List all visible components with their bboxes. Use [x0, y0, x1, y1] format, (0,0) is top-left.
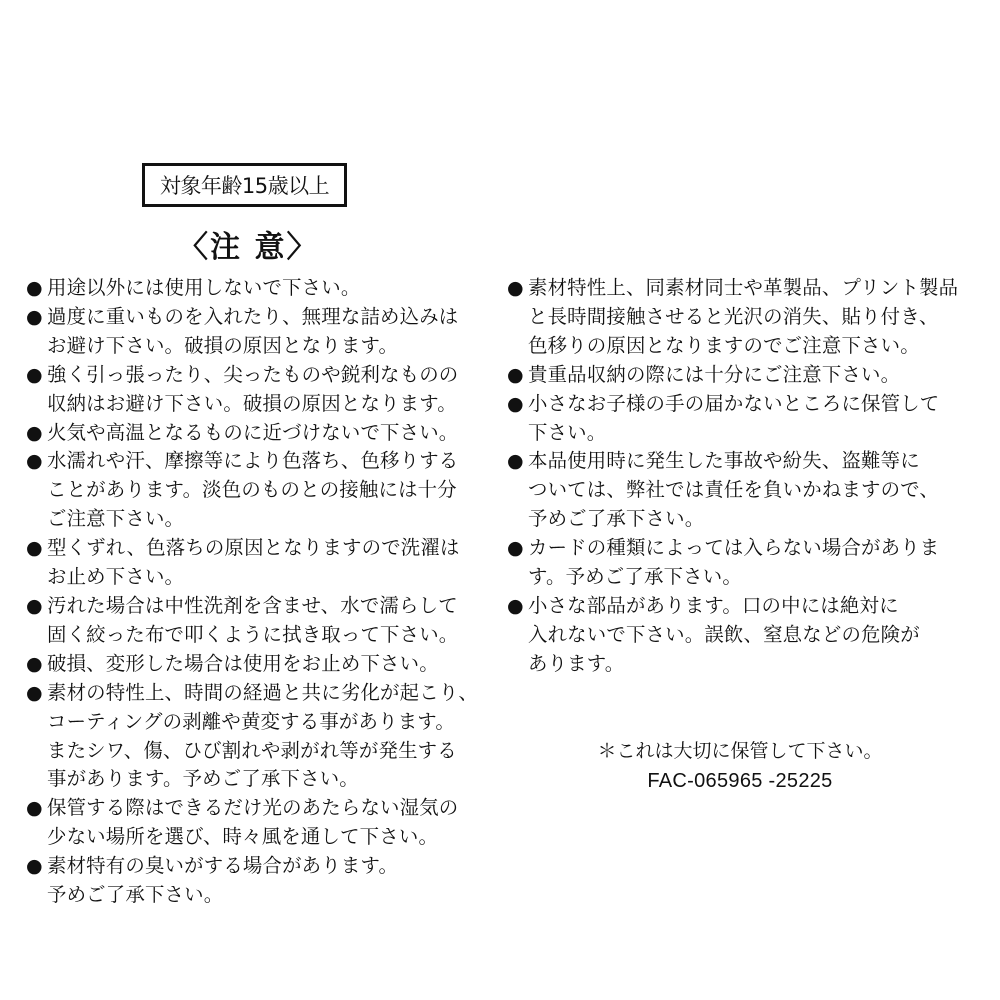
- product-code: FAC-065965 -25225: [590, 766, 890, 796]
- caution-item: ●汚れた場合は中性洗剤を含ませ、水で濡らして固く絞った布で叩くように拭き取って下…: [26, 592, 500, 650]
- caution-item: ●破損、変形した場合は使用をお止め下さい。: [26, 650, 500, 679]
- caution-item: ●水濡れや汗、摩擦等により色落ち、色移りすることがあります。淡色のものとの接触に…: [26, 447, 500, 534]
- bullet-dot-icon: ●: [26, 852, 43, 881]
- bullet-dot-icon: ●: [507, 592, 524, 621]
- bullet-dot-icon: ●: [26, 534, 43, 563]
- bullet-dot-icon: ●: [507, 361, 524, 390]
- caution-item-line: 予めご了承下さい。: [528, 505, 987, 534]
- bullet-dot-icon: ●: [26, 361, 43, 390]
- caution-item-line: 下さい。: [528, 419, 987, 448]
- age-notice-box: 対象年齢15歳以上: [142, 163, 347, 207]
- caution-item-line: またシワ、傷、ひび割れや剥がれ等が発生する: [47, 737, 500, 766]
- caution-item-line: お止め下さい。: [47, 563, 500, 592]
- bullet-dot-icon: ●: [26, 592, 43, 621]
- caution-item-line: 過度に重いものを入れたり、無理な詰め込みは: [47, 303, 500, 332]
- caution-item: ●素材特有の臭いがする場合があります。予めご了承下さい。: [26, 852, 500, 910]
- caution-list-left: ●用途以外には使用しないで下さい。●過度に重いものを入れたり、無理な詰め込みはお…: [26, 274, 500, 910]
- caution-item-line: 貴重品収納の際には十分にご注意下さい。: [528, 361, 987, 390]
- caution-item: ●貴重品収納の際には十分にご注意下さい。: [507, 361, 987, 390]
- caution-item-line: 小さなお子様の手の届かないところに保管して: [528, 390, 987, 419]
- bullet-dot-icon: ●: [26, 274, 43, 303]
- bullet-dot-icon: ●: [26, 650, 43, 679]
- caution-item: ●火気や高温となるものに近づけないで下さい。: [26, 419, 500, 448]
- caution-list-right: ●素材特性上、同素材同士や革製品、プリント製品と長時間接触させると光沢の消失、貼…: [507, 274, 987, 679]
- caution-item: ●型くずれ、色落ちの原因となりますので洗濯はお止め下さい。: [26, 534, 500, 592]
- caution-item-line: 収納はお避け下さい。破損の原因となります。: [47, 390, 500, 419]
- caution-item: ●本品使用時に発生した事故や紛失、盗難等については、弊社では責任を負いかねますの…: [507, 447, 987, 534]
- caution-item: ●用途以外には使用しないで下さい。: [26, 274, 500, 303]
- caution-item-line: 破損、変形した場合は使用をお止め下さい。: [47, 650, 500, 679]
- caution-item-line: カードの種類によっては入らない場合がありま: [528, 534, 987, 563]
- caution-item-line: 予めご了承下さい。: [47, 881, 500, 910]
- caution-item: ●過度に重いものを入れたり、無理な詰め込みはお避け下さい。破損の原因となります。: [26, 303, 500, 361]
- caution-item-line: 素材の特性上、時間の経過と共に劣化が起こり、: [47, 679, 500, 708]
- caution-item: ●小さなお子様の手の届かないところに保管して下さい。: [507, 390, 987, 448]
- caution-item-line: す。予めご了承下さい。: [528, 563, 987, 592]
- caution-item-line: 火気や高温となるものに近づけないで下さい。: [47, 419, 500, 448]
- caution-item: ●カードの種類によっては入らない場合があります。予めご了承下さい。: [507, 534, 987, 592]
- caution-item-line: 素材特性上、同素材同士や革製品、プリント製品: [528, 274, 987, 303]
- caution-item-line: あります。: [528, 650, 987, 679]
- bullet-dot-icon: ●: [507, 447, 524, 476]
- bullet-dot-icon: ●: [26, 447, 43, 476]
- caution-item-line: 水濡れや汗、摩擦等により色落ち、色移りする: [47, 447, 500, 476]
- caution-item-line: 事があります。予めご了承下さい。: [47, 765, 500, 794]
- bullet-dot-icon: ●: [26, 303, 43, 332]
- caution-item: ●素材の特性上、時間の経過と共に劣化が起こり、コーティングの剥離や黄変する事があ…: [26, 679, 500, 795]
- bullet-dot-icon: ●: [507, 274, 524, 303]
- caution-item-line: ことがあります。淡色のものとの接触には十分: [47, 476, 500, 505]
- caution-item: ●強く引っ張ったり、尖ったものや鋭利なものの収納はお避け下さい。破損の原因となり…: [26, 361, 500, 419]
- bullet-dot-icon: ●: [507, 534, 524, 563]
- keep-notice: ＊これは大切に保管して下さい。: [590, 736, 890, 766]
- bullet-dot-icon: ●: [26, 419, 43, 448]
- caution-item-line: 型くずれ、色落ちの原因となりますので洗濯は: [47, 534, 500, 563]
- age-notice-text: 対象年齢15歳以上: [160, 170, 329, 200]
- caution-item-line: 固く絞った布で叩くように拭き取って下さい。: [47, 621, 500, 650]
- caution-item-line: コーティングの剥離や黄変する事があります。: [47, 708, 500, 737]
- caution-item-line: 用途以外には使用しないで下さい。: [47, 274, 500, 303]
- caution-item-line: 強く引っ張ったり、尖ったものや鋭利なものの: [47, 361, 500, 390]
- footer-notes: ＊これは大切に保管して下さい。 FAC-065965 -25225: [590, 736, 890, 796]
- caution-item-line: お避け下さい。破損の原因となります。: [47, 332, 500, 361]
- caution-item-line: 色移りの原因となりますのでご注意下さい。: [528, 332, 987, 361]
- caution-heading: 〈注 意〉: [178, 222, 318, 266]
- caution-item-line: 保管する際はできるだけ光のあたらない湿気の: [47, 794, 500, 823]
- caution-item-line: 入れないで下さい。誤飲、窒息などの危険が: [528, 621, 987, 650]
- bullet-dot-icon: ●: [26, 679, 43, 708]
- caution-item-line: 汚れた場合は中性洗剤を含ませ、水で濡らして: [47, 592, 500, 621]
- caution-item-line: 本品使用時に発生した事故や紛失、盗難等に: [528, 447, 987, 476]
- caution-item-line: と長時間接触させると光沢の消失、貼り付き、: [528, 303, 987, 332]
- caution-item: ●保管する際はできるだけ光のあたらない湿気の少ない場所を選び、時々風を通して下さ…: [26, 794, 500, 852]
- caution-item-line: ご注意下さい。: [47, 505, 500, 534]
- caution-item-line: 素材特有の臭いがする場合があります。: [47, 852, 500, 881]
- caution-item-line: ついては、弊社では責任を負いかねますので、: [528, 476, 987, 505]
- caution-item-line: 少ない場所を選び、時々風を通して下さい。: [47, 823, 500, 852]
- caution-item-line: 小さな部品があります。口の中には絶対に: [528, 592, 987, 621]
- caution-item: ●素材特性上、同素材同士や革製品、プリント製品と長時間接触させると光沢の消失、貼…: [507, 274, 987, 361]
- caution-item: ●小さな部品があります。口の中には絶対に入れないで下さい。誤飲、窒息などの危険が…: [507, 592, 987, 679]
- bullet-dot-icon: ●: [507, 390, 524, 419]
- bullet-dot-icon: ●: [26, 794, 43, 823]
